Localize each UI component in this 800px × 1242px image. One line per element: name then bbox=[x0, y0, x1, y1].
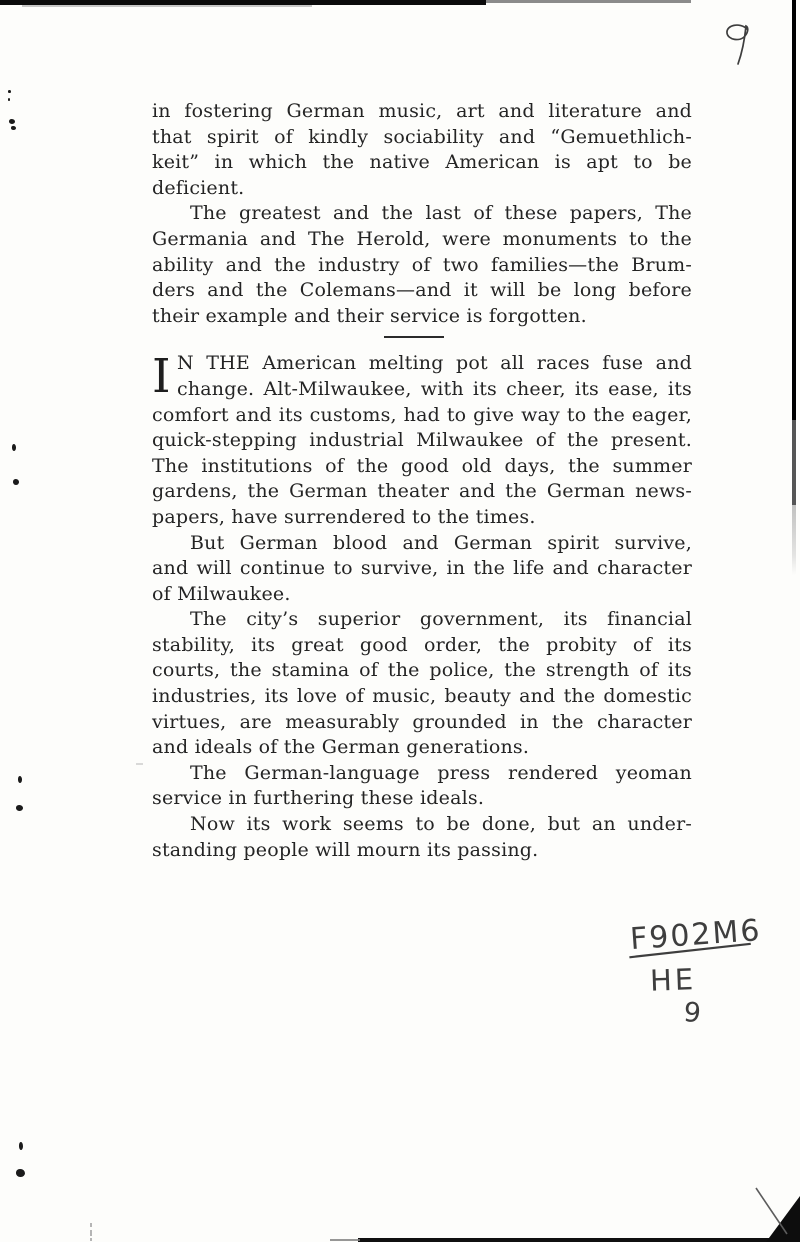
scan-edge-top-streak bbox=[22, 5, 312, 7]
ink-speck bbox=[19, 1142, 23, 1150]
text-line: The German-language press rendered yeoma… bbox=[152, 761, 692, 787]
text-line: comfort and its customs, had to give way… bbox=[152, 403, 692, 429]
ink-speck bbox=[16, 1169, 25, 1177]
scan-smudge bbox=[90, 1238, 92, 1241]
text-line: change. Alt-Milwaukee, with its cheer, i… bbox=[152, 377, 692, 403]
text-line: stability, its great good order, the pro… bbox=[152, 633, 692, 659]
text-line: keit” in which the native American is ap… bbox=[152, 150, 692, 176]
text-line: Germania and The Herold, were monuments … bbox=[152, 227, 692, 253]
paragraph: Now its work seems to be done, but an un… bbox=[152, 812, 692, 863]
ink-speck bbox=[8, 90, 11, 93]
text-line: of Milwaukee. bbox=[152, 582, 692, 608]
handwritten-shelf-code: HE bbox=[649, 962, 696, 998]
paragraph: But German blood and German spirit survi… bbox=[152, 531, 692, 608]
scan-edge-bottom-lead bbox=[330, 1239, 360, 1241]
text-line: their example and their service is forgo… bbox=[152, 304, 692, 330]
text-line: standing people will mourn its passing. bbox=[152, 838, 692, 864]
text-line: deficient. bbox=[152, 176, 692, 202]
ink-speck bbox=[12, 444, 16, 451]
text-line: But German blood and German spirit survi… bbox=[152, 531, 692, 557]
ink-speck bbox=[9, 119, 15, 124]
drop-cap: I bbox=[152, 354, 171, 399]
text-line: The institutions of the good old days, t… bbox=[152, 454, 692, 480]
text-line: and ideals of the German generations. bbox=[152, 735, 692, 761]
scan-smudge bbox=[90, 1223, 92, 1227]
section-divider-rule bbox=[384, 336, 444, 338]
scanned-page: F902M6 HE 9 in fostering German music, a… bbox=[0, 0, 800, 1242]
scan-smudge bbox=[90, 1230, 92, 1236]
ink-speck bbox=[16, 805, 23, 811]
text-line: service in furthering these ideals. bbox=[152, 786, 692, 812]
handwritten-page-number bbox=[716, 18, 760, 70]
handwritten-call-number: F902M6 HE 9 bbox=[600, 895, 785, 1040]
text-line: gardens, the German theater and the Germ… bbox=[152, 479, 692, 505]
scan-edge-right-line bbox=[792, 0, 796, 575]
paragraph: IN THE American melting pot all races fu… bbox=[152, 351, 692, 530]
scan-corner-artifact bbox=[740, 1182, 800, 1242]
text-line: papers, have surrendered to the times. bbox=[152, 505, 692, 531]
text-line: in fostering German music, art and liter… bbox=[152, 99, 692, 125]
ink-speck bbox=[18, 776, 22, 783]
text-line: quick-stepping industrial Milwaukee of t… bbox=[152, 428, 692, 454]
ink-speck bbox=[11, 126, 16, 130]
text-line: The greatest and the last of these paper… bbox=[152, 201, 692, 227]
paragraph: in fostering German music, art and liter… bbox=[152, 99, 692, 201]
text-line: and will continue to survive, in the lif… bbox=[152, 556, 692, 582]
text-line: Now its work seems to be done, but an un… bbox=[152, 812, 692, 838]
paragraph: The German-language press rendered yeoma… bbox=[152, 761, 692, 812]
text-line: N THE American melting pot all races fus… bbox=[152, 351, 692, 377]
text-line: ders and the Colemans—and it will be lon… bbox=[152, 278, 692, 304]
scan-edge-bottom-line bbox=[358, 1238, 800, 1242]
paragraph: The greatest and the last of these paper… bbox=[152, 201, 692, 329]
handwritten-item-number: 9 bbox=[682, 997, 702, 1030]
text-line: courts, the stamina of the police, the s… bbox=[152, 658, 692, 684]
scan-edge-top-gray bbox=[486, 0, 691, 3]
text-line: industries, its love of music, beauty an… bbox=[152, 684, 692, 710]
text-block: in fostering German music, art and liter… bbox=[152, 99, 692, 863]
text-line: The city’s superior government, its fina… bbox=[152, 607, 692, 633]
ink-speck bbox=[13, 479, 19, 485]
ink-speck bbox=[8, 98, 10, 101]
text-line: virtues, are measurably grounded in the … bbox=[152, 710, 692, 736]
text-line: that spirit of kindly sociability and “G… bbox=[152, 125, 692, 151]
paragraph: The city’s superior government, its fina… bbox=[152, 607, 692, 761]
text-line: ability and the industry of two families… bbox=[152, 253, 692, 279]
ink-speck bbox=[136, 763, 143, 765]
